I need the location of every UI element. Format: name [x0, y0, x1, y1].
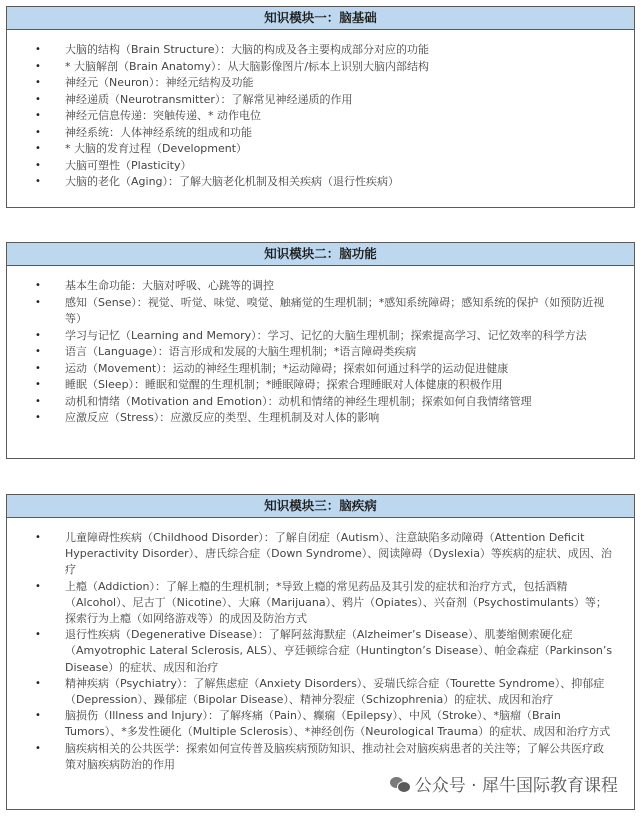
list-item: •基本生命功能：大脑对呼吸、心跳等的调控 [35, 278, 614, 295]
bullet-icon: • [35, 278, 41, 295]
list-item: •上瘾（Addiction）：了解上瘾的生理机制；*导致上瘾的常见药品及其引发的… [35, 579, 614, 628]
bullet-icon: • [35, 328, 41, 345]
watermark: 公众号 · 犀牛国际教育课程 [386, 770, 622, 797]
module-brain-function: 知识模块二：脑功能 •基本生命功能：大脑对呼吸、心跳等的调控 •感知（Sense… [6, 242, 635, 459]
bullet-icon: • [35, 158, 41, 175]
list-item: •感知（Sense）：视觉、听觉、味觉、嗅觉、触痛觉的生理机制；*感知系统障碍；… [35, 295, 614, 328]
bullet-icon: • [35, 530, 41, 546]
list-item: •儿童障碍性疾病（Childhood Disorder）：了解自闭症（Autis… [35, 530, 614, 579]
module-title: 知识模块二：脑功能 [7, 243, 634, 266]
list-item: •大脑的老化（Aging）：了解大脑老化机制及相关疾病（退行性疾病） [35, 174, 614, 191]
bullet-icon: • [35, 344, 41, 361]
bullet-icon: • [35, 42, 41, 59]
list-item: •神经系统：人体神经系统的组成和功能 [35, 125, 614, 142]
bullet-icon: • [35, 708, 41, 724]
module-title: 知识模块三：脑疾病 [7, 495, 634, 518]
list-item: •脑损伤（Illness and Injury）：了解疼痛（Pain）、癫痫（E… [35, 708, 614, 740]
module-item-list: •基本生命功能：大脑对呼吸、心跳等的调控 •感知（Sense）：视觉、听觉、味觉… [35, 278, 614, 427]
wechat-icon [390, 776, 410, 792]
bullet-icon: • [35, 410, 41, 427]
list-item: •动机和情绪（Motivation and Emotion）：动机和情绪的神经生… [35, 394, 614, 411]
bullet-icon: • [35, 394, 41, 411]
bullet-icon: • [35, 579, 41, 595]
bullet-icon: • [35, 141, 41, 158]
module-brain-disease: 知识模块三：脑疾病 •儿童障碍性疾病（Childhood Disorder）：了… [6, 494, 635, 810]
bullet-icon: • [35, 627, 41, 643]
module-brain-basics: 知识模块一：脑基础 •大脑的结构（Brain Structure）：大脑的构成及… [6, 6, 635, 208]
list-item: •神经递质（Neurotransmitter）：了解常见神经递质的作用 [35, 92, 614, 109]
watermark-text: 公众号 · 犀牛国际教育课程 [415, 771, 618, 796]
bullet-icon: • [35, 75, 41, 92]
list-item: •应激反应（Stress）：应激反应的类型、生理机制及对人体的影响 [35, 410, 614, 427]
list-item: •脑疾病相关的公共医学：探索如何宣传普及脑疾病预防知识、推动社会对脑疾病患者的关… [35, 741, 614, 773]
list-item: •语言（Language）：语言形成和发展的大脑生理机制；*语言障碍类疾病 [35, 344, 614, 361]
bullet-icon: • [35, 125, 41, 142]
list-item: •* 大脑的发育过程（Development） [35, 141, 614, 158]
bullet-icon: • [35, 295, 41, 312]
module-item-list: •大脑的结构（Brain Structure）：大脑的构成及各主要构成部分对应的… [35, 42, 614, 191]
list-item: •运动（Movement）：运动的神经生理机制；*运动障碍；探索如何通过科学的运… [35, 361, 614, 378]
bullet-icon: • [35, 59, 41, 76]
list-item: •退行性疾病（Degenerative Disease）：了解阿兹海默症（Alz… [35, 627, 614, 676]
list-item: •学习与记忆（Learning and Memory）：学习、记忆的大脑生理机制… [35, 328, 614, 345]
bullet-icon: • [35, 108, 41, 125]
list-item: •神经元信息传递：突触传递、* 动作电位 [35, 108, 614, 125]
list-item: •* 大脑解剖（Brain Anatomy）：从大脑影像图片/标本上识别大脑内部… [35, 59, 614, 76]
bullet-icon: • [35, 361, 41, 378]
bullet-icon: • [35, 676, 41, 692]
module-item-list: •儿童障碍性疾病（Childhood Disorder）：了解自闭症（Autis… [35, 530, 614, 773]
list-item: •精神疾病（Psychiatry）：了解焦虑症（Anxiety Disorder… [35, 676, 614, 708]
bullet-icon: • [35, 92, 41, 109]
bullet-icon: • [35, 741, 41, 757]
list-item: •睡眠（Sleep）：睡眠和觉醒的生理机制；*睡眠障碍；探索合理睡眠对人体健康的… [35, 377, 614, 394]
bullet-icon: • [35, 377, 41, 394]
module-title: 知识模块一：脑基础 [7, 7, 634, 30]
list-item: •神经元（Neuron）：神经元结构及功能 [35, 75, 614, 92]
list-item: •大脑的结构（Brain Structure）：大脑的构成及各主要构成部分对应的… [35, 42, 614, 59]
bullet-icon: • [35, 174, 41, 191]
list-item: •大脑可塑性（Plasticity） [35, 158, 614, 175]
